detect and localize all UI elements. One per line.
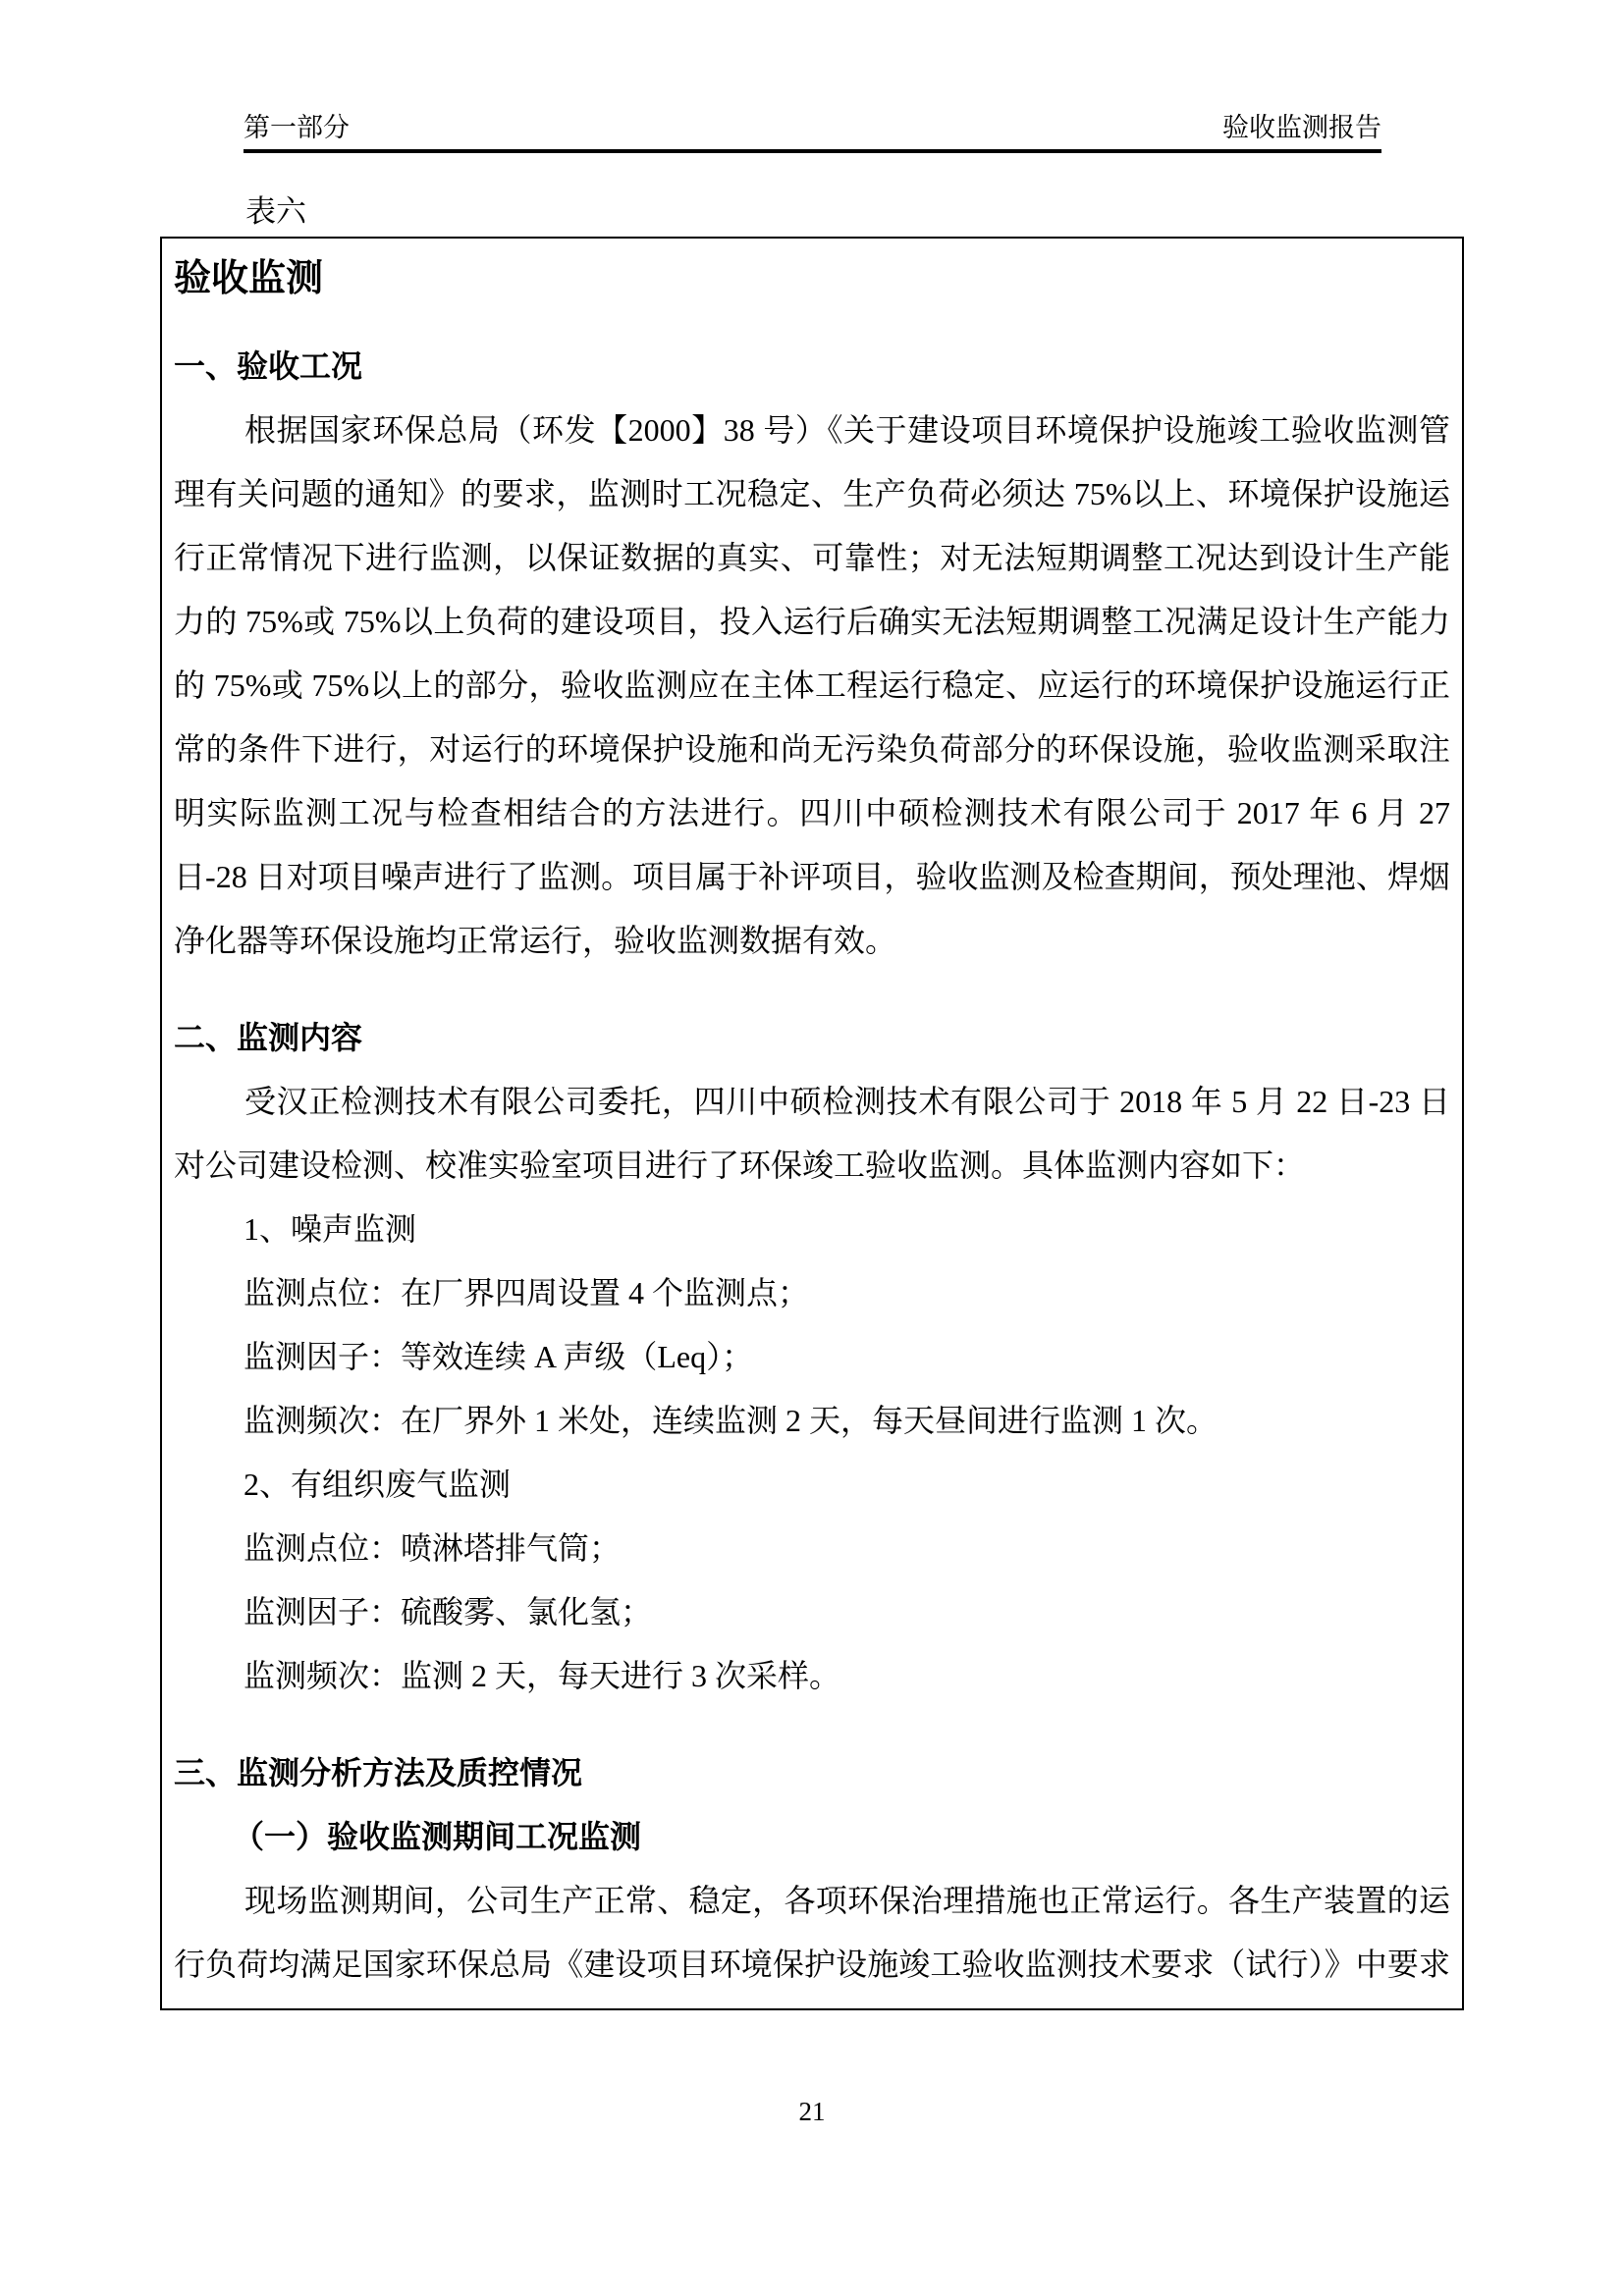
page-number: 21	[0, 2096, 1624, 2127]
page-header: 第一部分 验收监测报告	[244, 108, 1381, 147]
header-left-text: 第一部分	[244, 108, 350, 147]
content-box: 验收监测 一、验收工况 根据国家环保总局（环发【2000】38 号）《关于建设项…	[160, 237, 1464, 2010]
table-label: 表六	[245, 189, 306, 235]
gas-monitoring-frequency: 监测频次：监测 2 天，每天进行 3 次采样。	[174, 1644, 1450, 1708]
document-page: 第一部分 验收监测报告 表六 验收监测 一、验收工况 根据国家环保总局（环发【2…	[0, 0, 1624, 2296]
section-2-heading: 二、监测内容	[174, 1006, 1450, 1070]
section-1-paragraph: 根据国家环保总局（环发【2000】38 号）《关于建设项目环境保护设施竣工验收监…	[174, 399, 1450, 973]
header-right-text: 验收监测报告	[1222, 108, 1381, 147]
noise-monitoring-factor: 监测因子：等效连续 A 声级（Leq）；	[174, 1325, 1450, 1389]
header-rule	[244, 149, 1381, 153]
gas-monitoring-points: 监测点位：喷淋塔排气筒；	[174, 1517, 1450, 1580]
section-2-intro: 受汉正检测技术有限公司委托，四川中硕检测技术有限公司于 2018 年 5 月 2…	[174, 1070, 1450, 1198]
noise-monitoring-frequency: 监测频次：在厂界外 1 米处，连续监测 2 天，每天昼间进行监测 1 次。	[174, 1389, 1450, 1453]
gas-monitoring-item-title: 2、有组织废气监测	[174, 1453, 1450, 1517]
gas-monitoring-factor: 监测因子：硫酸雾、氯化氢；	[174, 1580, 1450, 1644]
section-3-subheading: （一）验收监测期间工况监测	[174, 1805, 1450, 1869]
noise-monitoring-item-title: 1、噪声监测	[174, 1198, 1450, 1261]
section-1-heading: 一、验收工况	[174, 335, 1450, 399]
box-title: 验收监测	[174, 256, 1450, 301]
section-3-paragraph: 现场监测期间，公司生产正常、稳定，各项环保治理措施也正常运行。各生产装置的运行负…	[174, 1869, 1450, 2010]
noise-monitoring-points: 监测点位：在厂界四周设置 4 个监测点；	[174, 1261, 1450, 1325]
section-3-heading: 三、监测分析方法及质控情况	[174, 1741, 1450, 1805]
